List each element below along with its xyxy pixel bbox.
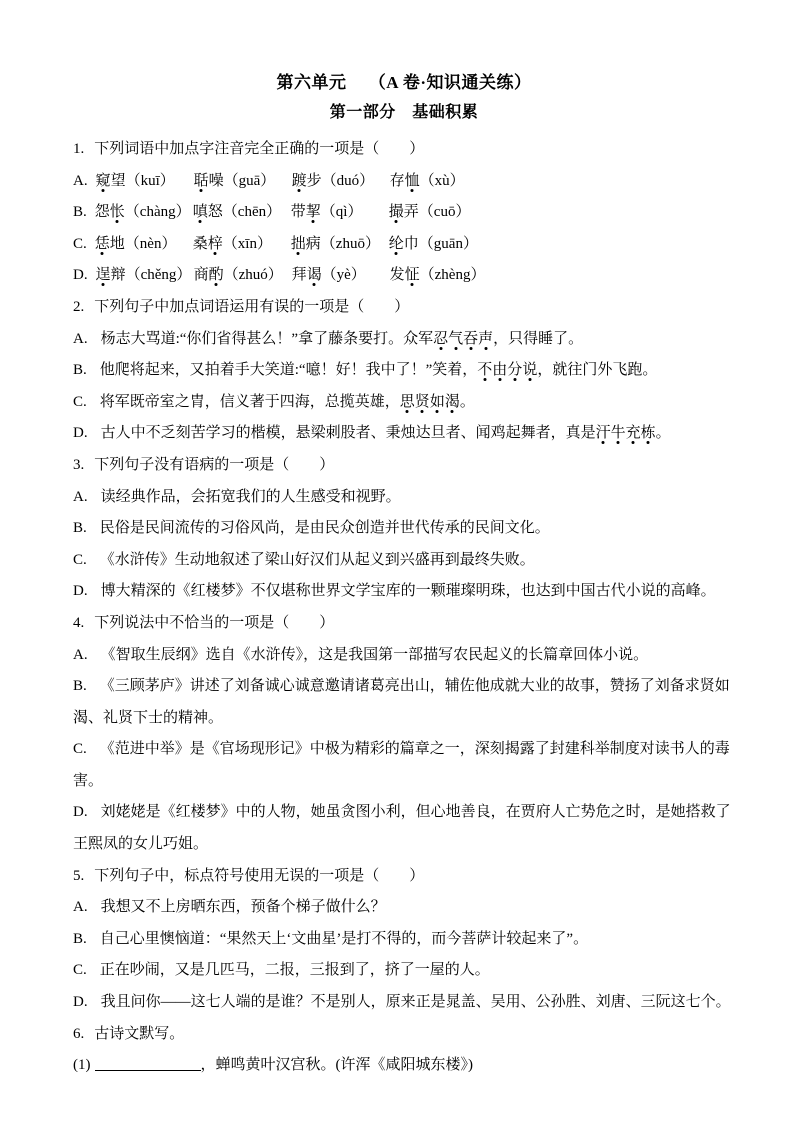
pinyin-word: 嗔怒（chēn） — [193, 197, 291, 229]
option-text: 民俗是民间流传的习俗风尚，是由民众创造并世代传承的民间文化。 — [100, 520, 550, 536]
emphasis-dot-char: 说 — [522, 362, 537, 378]
option-row: D.博大精深的《红楼梦》不仅堪称世界文学宝库的一颗璀璨明珠，也达到中国古代小说的… — [73, 576, 735, 608]
emphasis-dot-char: 声 — [478, 331, 493, 347]
emphasis-dot-char: 分 — [507, 362, 522, 378]
option-row: B.自己心里懊恼道：“果然天上‘文曲星’是打不得的，而今菩萨计较起来了”。 — [73, 924, 735, 956]
pinyin-word: 踱步（duó） — [292, 166, 390, 198]
pinyin-word: 聒噪（guā） — [194, 166, 292, 198]
option-row: A.《智取生辰纲》选自《水浒传》，这是我国第一部描写农民起义的长篇章回体小说。 — [73, 640, 735, 672]
question-stem-text: 下列句子没有语病的一项是（ ） — [94, 457, 334, 473]
option-text: 将军既帝室之胄，信义著于四海，总揽英雄，思贤如渴。 — [100, 394, 475, 410]
emphasis-dot-char: 栋 — [641, 425, 656, 441]
emphasis-dot-char: 牛 — [611, 425, 626, 441]
option-text: 我且问你——这七人端的是谁？不是别人，原来正是晁盖、吴用、公孙胜、刘唐、三阮这七… — [101, 994, 731, 1010]
emphasis-dot-char: 纶 — [389, 236, 404, 252]
option-label: B. — [73, 678, 87, 694]
emphasis-dot-char: 撮 — [389, 204, 404, 220]
question-number: 5. — [73, 868, 84, 884]
emphasis-dot-char: 吞 — [463, 331, 478, 347]
pinyin-word: 拙病（zhuō） — [291, 229, 389, 261]
emphasis-dot-char: 思 — [400, 394, 415, 410]
option-row: D.刘姥姥是《红楼梦》中的人物，她虽贪图小利，但心地善良，在贾府人亡势危之时，是… — [73, 797, 735, 860]
question-stem: 5.下列句子中，标点符号使用无误的一项是（ ） — [73, 861, 735, 893]
option-row: B.怨怅（chàng）嗔怒（chēn）带挈（qì）撮弄（cuō） — [73, 197, 735, 229]
option-row: C.正在吵闹，又是几匹马，二报，三报到了，挤了一屋的人。 — [73, 955, 735, 987]
emphasis-dot-char: 踱 — [292, 173, 307, 189]
option-row: D.古人中不乏刻苦学习的楷模，悬梁刺股者、秉烛达旦者、闻鸡起舞者，真是汗牛充栋。 — [73, 418, 735, 450]
option-text: 博大精深的《红楼梦》不仅堪称世界文学宝库的一颗璀璨明珠，也达到中国古代小说的高峰… — [101, 583, 716, 599]
emphasis-dot-char: 贤 — [415, 394, 430, 410]
option-label: A. — [73, 331, 88, 347]
emphasis-dot-char: 聒 — [194, 173, 209, 189]
option-text: 我想又不上房晒东西，预备个梯子做什么？ — [101, 899, 386, 915]
emphasis-dot-char: 逞 — [96, 267, 111, 283]
option-row: D.我且问你——这七人端的是谁？不是别人，原来正是晁盖、吴用、公孙胜、刘唐、三阮… — [73, 987, 735, 1019]
option-label: D. — [73, 994, 88, 1010]
pinyin-word: 怨怅（chàng） — [95, 197, 193, 229]
emphasis-dot-char: 恤 — [405, 173, 420, 189]
option-text: 《范进中举》是《官场现形记》中极为精彩的篇章之一，深刻揭露了封建科举制度对读书人… — [73, 741, 730, 789]
option-row: D.逞辩（chěng）商酌（zhuó）拜谒（yè）发怔（zhèng） — [73, 260, 735, 292]
option-text: 《三顾茅庐》讲述了刘备诚心诚意邀请诸葛亮出山，辅佐他成就大业的故事，赞扬了刘备求… — [73, 678, 730, 726]
fill-blank-line: (1)，蝉鸣黄叶汉宫秋。(许浑《咸阳城东楼》) — [73, 1050, 735, 1082]
question-number: 6. — [73, 1026, 84, 1042]
option-text: 正在吵闹，又是几匹马，二报，三报到了，挤了一屋的人。 — [100, 962, 490, 978]
option-label: D. — [73, 583, 88, 599]
emphasis-dot-char: 怔 — [405, 267, 420, 283]
question-number: 2. — [73, 299, 84, 315]
pinyin-word: 逞辩（chěng） — [96, 260, 194, 292]
emphasis-dot-char: 嗔 — [193, 204, 208, 220]
answer-blank — [95, 1056, 201, 1071]
question-stem-text: 下列说法中不恰当的一项是（ ） — [94, 615, 334, 631]
option-label: D. — [73, 425, 88, 441]
option-label: C. — [73, 552, 87, 568]
pinyin-word: 桑梓（xīn） — [193, 229, 291, 261]
emphasis-dot-char: 梓 — [208, 236, 223, 252]
option-label: B. — [73, 931, 87, 947]
pinyin-word: 纶巾（guān） — [389, 236, 478, 252]
page-title: 第六单元 （A 卷·知识通关练） — [73, 68, 735, 98]
pinyin-word: 拜谒（yè） — [292, 260, 390, 292]
emphasis-dot-char: 渴 — [445, 394, 460, 410]
option-row: A.窥望（kuī）聒噪（guā）踱步（duó）存恤（xù） — [73, 166, 735, 198]
emphasis-dot-char: 酌 — [209, 267, 224, 283]
question-stem: 6.古诗文默写。 — [73, 1019, 735, 1051]
option-label: A. — [73, 899, 88, 915]
option-label: C. — [73, 741, 87, 757]
option-row: B.他爬将起来，又拍着手大笑道:“噫！好！我中了！”笑着，不由分说，就往门外飞跑… — [73, 355, 735, 387]
pinyin-word: 商酌（zhuó） — [194, 260, 292, 292]
option-row: C.将军既帝室之胄，信义著于四海，总揽英雄，思贤如渴。 — [73, 387, 735, 419]
emphasis-dot-char: 拙 — [291, 236, 306, 252]
pinyin-word: 带挈（qì） — [291, 197, 389, 229]
option-label: C. — [73, 236, 87, 252]
option-label: D. — [73, 804, 88, 820]
option-label: A. — [73, 489, 88, 505]
option-label: A. — [73, 647, 88, 663]
question-stem: 1.下列词语中加点字注音完全正确的一项是（ ） — [73, 134, 735, 166]
question-stem: 3.下列句子没有语病的一项是（ ） — [73, 450, 735, 482]
option-label: C. — [73, 394, 87, 410]
question-stem-text: 下列句子中加点词语运用有误的一项是（ ） — [94, 299, 409, 315]
option-text: 《智取生辰纲》选自《水浒传》，这是我国第一部描写农民起义的长篇章回体小说。 — [101, 647, 649, 663]
option-label: A. — [73, 173, 88, 189]
emphasis-dot-char: 怅 — [110, 204, 125, 220]
emphasis-dot-char: 由 — [492, 362, 507, 378]
emphasis-dot-char: 窥 — [96, 173, 111, 189]
option-row: C.《水浒传》生动地叙述了梁山好汉们从起义到兴盛再到最终失败。 — [73, 545, 735, 577]
option-text: 古人中不乏刻苦学习的楷模，悬梁刺股者、秉烛达旦者、闻鸡起舞者，真是汗牛充栋。 — [101, 425, 671, 441]
question-number: 1. — [73, 141, 84, 157]
option-text: 自己心里懊恼道：“果然天上‘文曲星’是打不得的，而今菩萨计较起来了”。 — [100, 931, 588, 947]
option-label: D. — [73, 267, 88, 283]
option-label: C. — [73, 962, 87, 978]
question-stem-text: 古诗文默写。 — [94, 1026, 184, 1042]
emphasis-dot-char: 如 — [430, 394, 445, 410]
option-label: B. — [73, 520, 87, 536]
option-row: A.读经典作品，会拓宽我们的人生感受和视野。 — [73, 482, 735, 514]
emphasis-dot-char: 气 — [448, 331, 463, 347]
option-text: 读经典作品，会拓宽我们的人生感受和视野。 — [101, 489, 401, 505]
option-label: B. — [73, 204, 87, 220]
emphasis-dot-char: 恁 — [95, 236, 110, 252]
question-stem-text: 下列词语中加点字注音完全正确的一项是（ ） — [94, 141, 424, 157]
question-number: 4. — [73, 615, 84, 631]
pinyin-word: 窥望（kuī） — [96, 166, 194, 198]
option-text: 《水浒传》生动地叙述了梁山好汉们从起义到兴盛再到最终失败。 — [100, 552, 535, 568]
question-stem: 4.下列说法中不恰当的一项是（ ） — [73, 608, 735, 640]
option-row: C.《范进中举》是《官场现形记》中极为精彩的篇章之一，深刻揭露了封建科举制度对读… — [73, 734, 735, 797]
question-stem: 2.下列句子中加点词语运用有误的一项是（ ） — [73, 292, 735, 324]
pinyin-word: 恁地（nèn） — [95, 229, 193, 261]
emphasis-dot-char: 不 — [477, 362, 492, 378]
pinyin-word: 存恤（xù） — [390, 173, 465, 189]
question-stem-text: 下列句子中，标点符号使用无误的一项是（ ） — [94, 868, 424, 884]
option-row: B.民俗是民间流传的习俗风尚，是由民众创造并世代传承的民间文化。 — [73, 513, 735, 545]
blank-item-label: (1) — [73, 1057, 91, 1073]
blank-suffix-text: ，蝉鸣黄叶汉宫秋。(许浑《咸阳城东楼》) — [201, 1057, 474, 1073]
option-row: B.《三顾茅庐》讲述了刘备诚心诚意邀请诸葛亮出山，辅佐他成就大业的故事，赞扬了刘… — [73, 671, 735, 734]
emphasis-dot-char: 汗 — [596, 425, 611, 441]
questions-container: 1.下列词语中加点字注音完全正确的一项是（ ）A.窥望（kuī）聒噪（guā）踱… — [73, 134, 735, 1082]
emphasis-dot-char: 充 — [626, 425, 641, 441]
question-number: 3. — [73, 457, 84, 473]
option-row: A.杨志大骂道:“你们省得甚么！”拿了藤条要打。众军忍气吞声，只得睡了。 — [73, 324, 735, 356]
option-row: A.我想又不上房晒东西，预备个梯子做什么？ — [73, 892, 735, 924]
emphasis-dot-char: 忍 — [433, 331, 448, 347]
option-text: 刘姥姥是《红楼梦》中的人物，她虽贪图小利，但心地善良，在贾府人亡势危之时，是她搭… — [73, 804, 731, 852]
exam-document-page: 第六单元 （A 卷·知识通关练） 第一部分 基础积累 1.下列词语中加点字注音完… — [0, 0, 793, 1122]
pinyin-word: 撮弄（cuō） — [389, 204, 471, 220]
option-row: C.恁地（nèn）桑梓（xīn）拙病（zhuō）纶巾（guān） — [73, 229, 735, 261]
emphasis-dot-char: 谒 — [307, 267, 322, 283]
emphasis-dot-char: 挈 — [306, 204, 321, 220]
option-text: 杨志大骂道:“你们省得甚么！”拿了藤条要打。众军忍气吞声，只得睡了。 — [101, 331, 584, 347]
section-title: 第一部分 基础积累 — [73, 98, 735, 128]
option-text: 他爬将起来，又拍着手大笑道:“噫！好！我中了！”笑着，不由分说，就往门外飞跑。 — [100, 362, 658, 378]
pinyin-word: 发怔（zhèng） — [390, 267, 486, 283]
option-label: B. — [73, 362, 87, 378]
